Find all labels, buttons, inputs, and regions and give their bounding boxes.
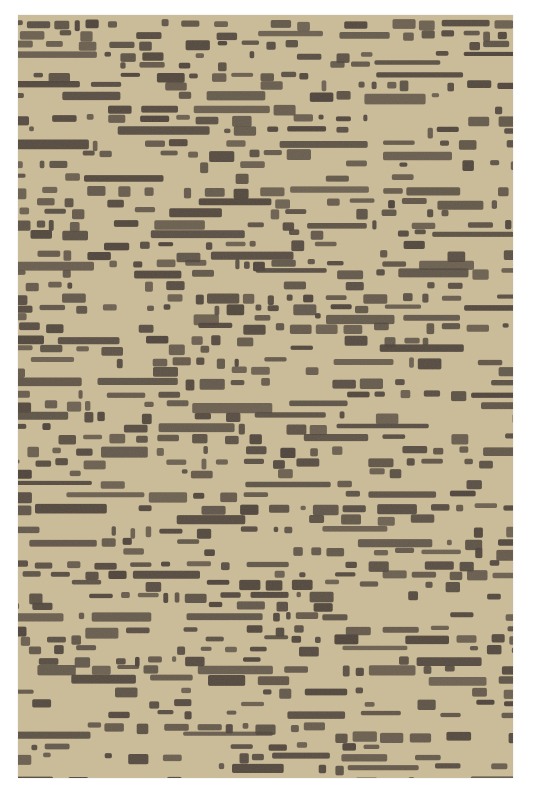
rug-image bbox=[18, 15, 513, 778]
rug-pattern bbox=[18, 15, 513, 778]
